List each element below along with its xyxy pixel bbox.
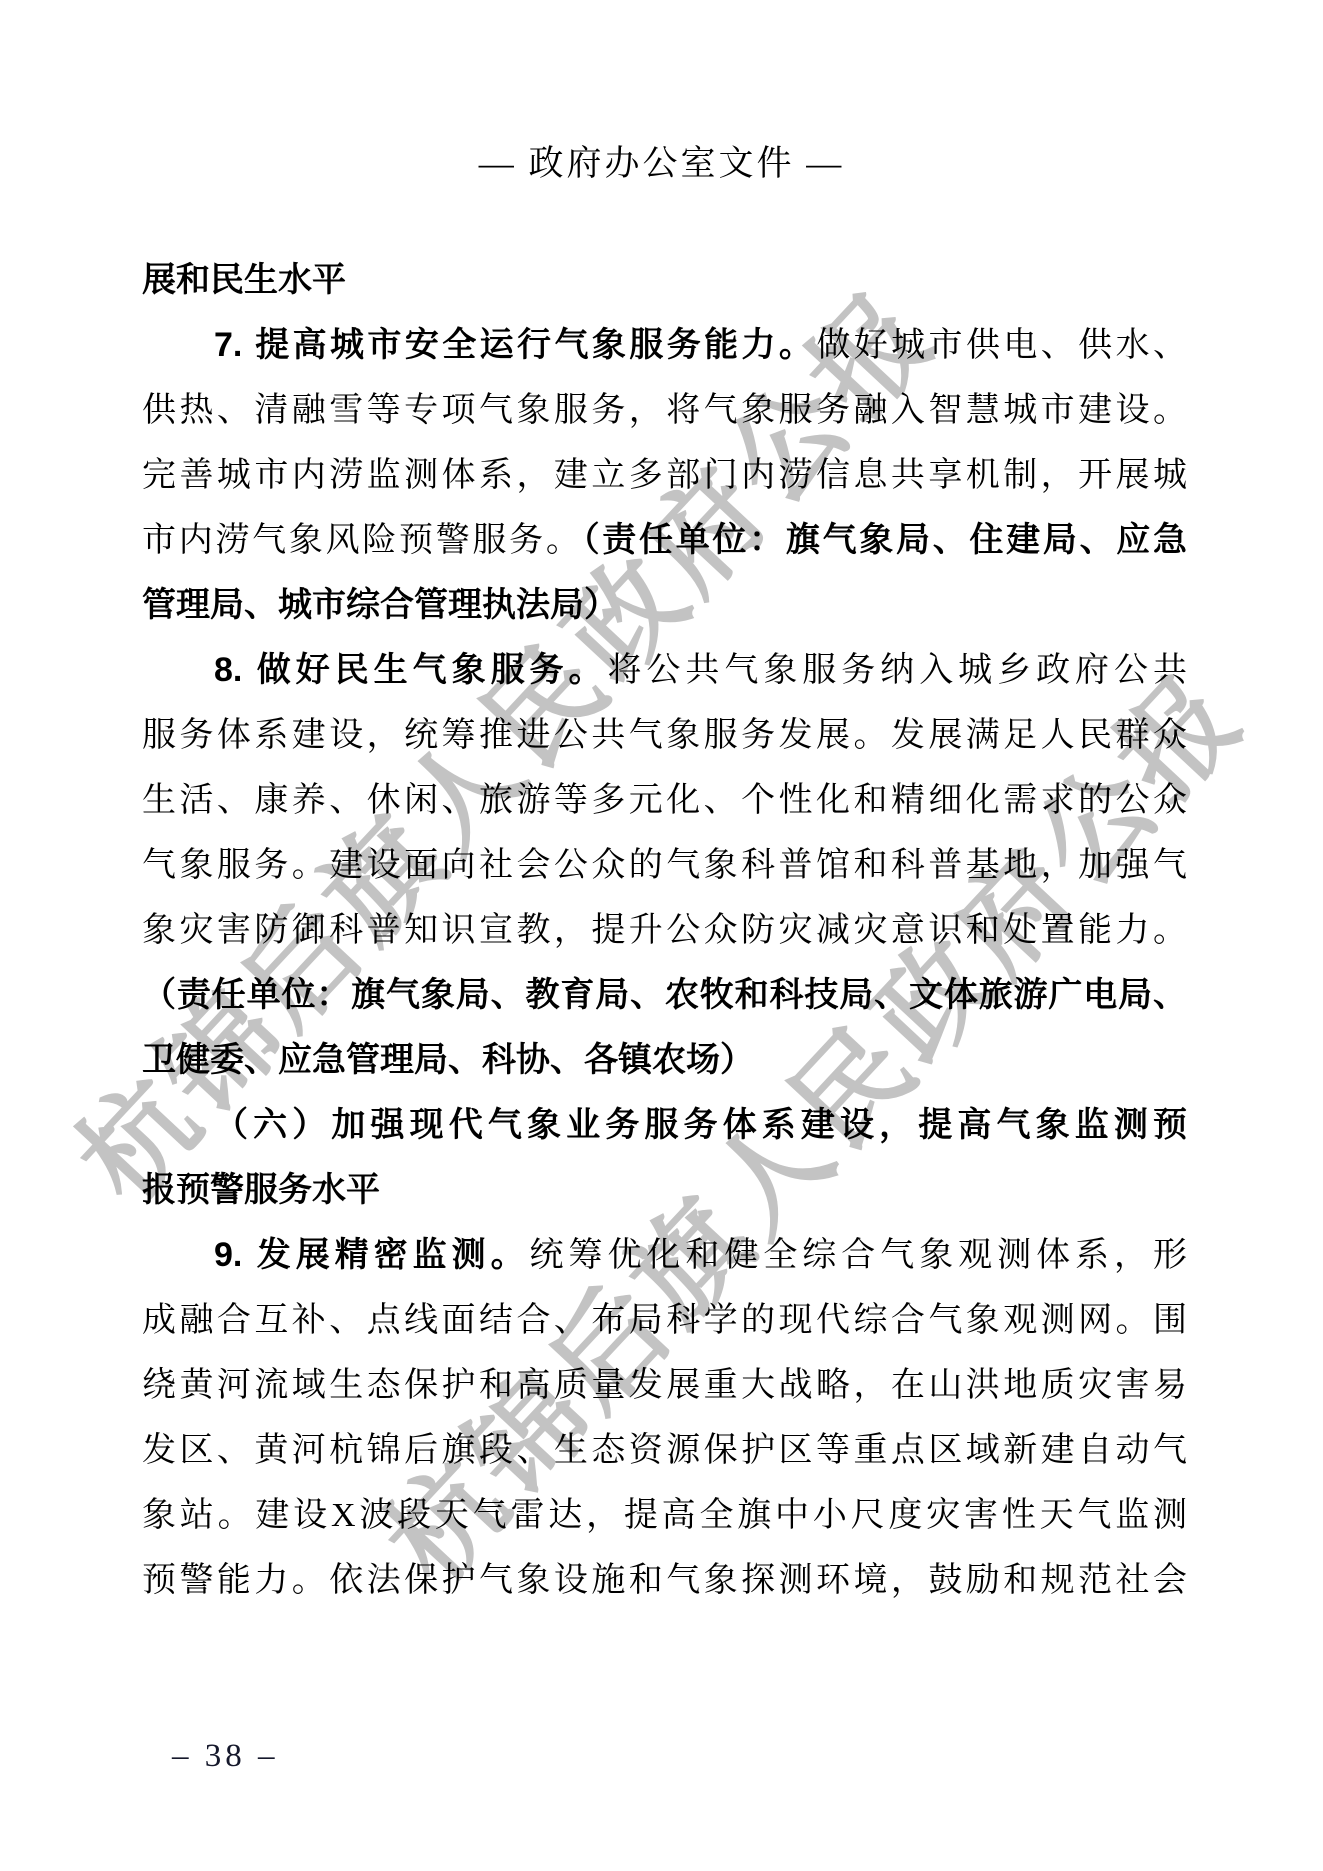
body-line: （责任单位：旗气象局、教育局、农牧和科技局、文体旅游广电局、 [142,963,1187,1028]
text-segment: （责任单位：旗气象局、住建局、应急 [583,521,1187,559]
body-line: 成融合互补、点线面结合、布局科学的现代综合气象观测网。围 [142,1288,1187,1353]
body-line: 预警能力。依法保护气象设施和气象探测环境，鼓励和规范社会 [142,1548,1187,1613]
body-line: （六）加强现代气象业务服务体系建设，提高气象监测预 [142,1093,1187,1158]
body-line: 展和民生水平 [142,248,1187,313]
body-line: 9. 发展精密监测。统筹优化和健全综合气象观测体系，形 [142,1223,1187,1288]
text-segment: （六）加强现代气象业务服务体系建设，提高气象监测预 [214,1106,1187,1144]
document-body: 展和民生水平7. 提高城市安全运行气象服务能力。做好城市供电、供水、供热、清融雪… [142,248,1187,1613]
text-segment: 统筹优化和健全综合气象观测体系，形 [530,1237,1187,1274]
body-line: 生活、康养、休闲、旅游等多元化、个性化和精细化需求的公众 [142,768,1187,833]
body-line: 象站。建设X波段天气雷达，提高全旗中小尺度灾害性天气监测 [142,1483,1187,1548]
body-line: 绕黄河流域生态保护和高质量发展重大战略，在山洪地质灾害易 [142,1353,1187,1418]
text-segment: 供热、清融雪等专项气象服务，将气象服务融入智慧城市建设。 [142,392,1187,429]
body-line: 供热、清融雪等专项气象服务，将气象服务融入智慧城市建设。 [142,378,1187,443]
page-header: — 政府办公室文件 — [0,136,1323,186]
text-segment: 9. 发展精密监测。 [214,1236,530,1274]
text-segment: 8. 做好民生气象服务。 [214,651,607,689]
body-line: 市内涝气象风险预警服务。（责任单位：旗气象局、住建局、应急 [142,508,1187,573]
text-segment: 展和民生水平 [142,261,346,299]
text-segment: 象灾害防御科普知识宣教，提升公众防灾减灾意识和处置能力。 [142,912,1187,949]
text-segment: 发区、黄河杭锦后旗段、生态资源保护区等重点区域新建自动气 [142,1432,1187,1469]
body-line: 象灾害防御科普知识宣教，提升公众防灾减灾意识和处置能力。 [142,898,1187,963]
text-segment: 7. 提高城市安全运行气象服务能力。 [214,326,816,364]
text-segment: 管理局、城市综合管理执法局） [142,586,618,624]
text-segment: 成融合互补、点线面结合、布局科学的现代综合气象观测网。围 [142,1302,1187,1339]
text-segment: 卫健委、应急管理局、科协、各镇农场） [142,1041,754,1079]
page-number: – 38 – [172,1738,279,1775]
body-line: 气象服务。建设面向社会公众的气象科普馆和科普基地，加强气 [142,833,1187,898]
text-segment: 市内涝气象风险预警服务。 [142,522,583,559]
text-segment: 服务体系建设，统筹推进公共气象服务发展。发展满足人民群众 [142,717,1187,754]
text-segment: 做好城市供电、供水、 [816,327,1187,364]
text-segment: （责任单位：旗气象局、教育局、农牧和科技局、文体旅游广电局、 [142,976,1187,1014]
body-line: 发区、黄河杭锦后旗段、生态资源保护区等重点区域新建自动气 [142,1418,1187,1483]
text-segment: 气象服务。建设面向社会公众的气象科普馆和科普基地，加强气 [142,847,1187,884]
body-line: 7. 提高城市安全运行气象服务能力。做好城市供电、供水、 [142,313,1187,378]
text-segment: 完善城市内涝监测体系，建立多部门内涝信息共享机制，开展城 [142,457,1187,494]
text-segment: 将公共气象服务纳入城乡政府公共 [607,652,1187,689]
body-line: 卫健委、应急管理局、科协、各镇农场） [142,1028,1187,1093]
text-segment: 象站。建设X波段天气雷达，提高全旗中小尺度灾害性天气监测 [142,1497,1187,1534]
text-segment: 预警能力。依法保护气象设施和气象探测环境，鼓励和规范社会 [142,1562,1187,1599]
text-segment: 绕黄河流域生态保护和高质量发展重大战略，在山洪地质灾害易 [142,1367,1187,1404]
body-line: 8. 做好民生气象服务。将公共气象服务纳入城乡政府公共 [142,638,1187,703]
body-line: 服务体系建设，统筹推进公共气象服务发展。发展满足人民群众 [142,703,1187,768]
text-segment: 报预警服务水平 [142,1171,380,1209]
text-segment: 生活、康养、休闲、旅游等多元化、个性化和精细化需求的公众 [142,782,1187,819]
body-line: 完善城市内涝监测体系，建立多部门内涝信息共享机制，开展城 [142,443,1187,508]
document-page: 杭锦后旗人民政府公报 杭锦后旗人民政府公报 — 政府办公室文件 — 展和民生水平… [0,0,1323,1871]
body-line: 报预警服务水平 [142,1158,1187,1223]
body-line: 管理局、城市综合管理执法局） [142,573,1187,638]
